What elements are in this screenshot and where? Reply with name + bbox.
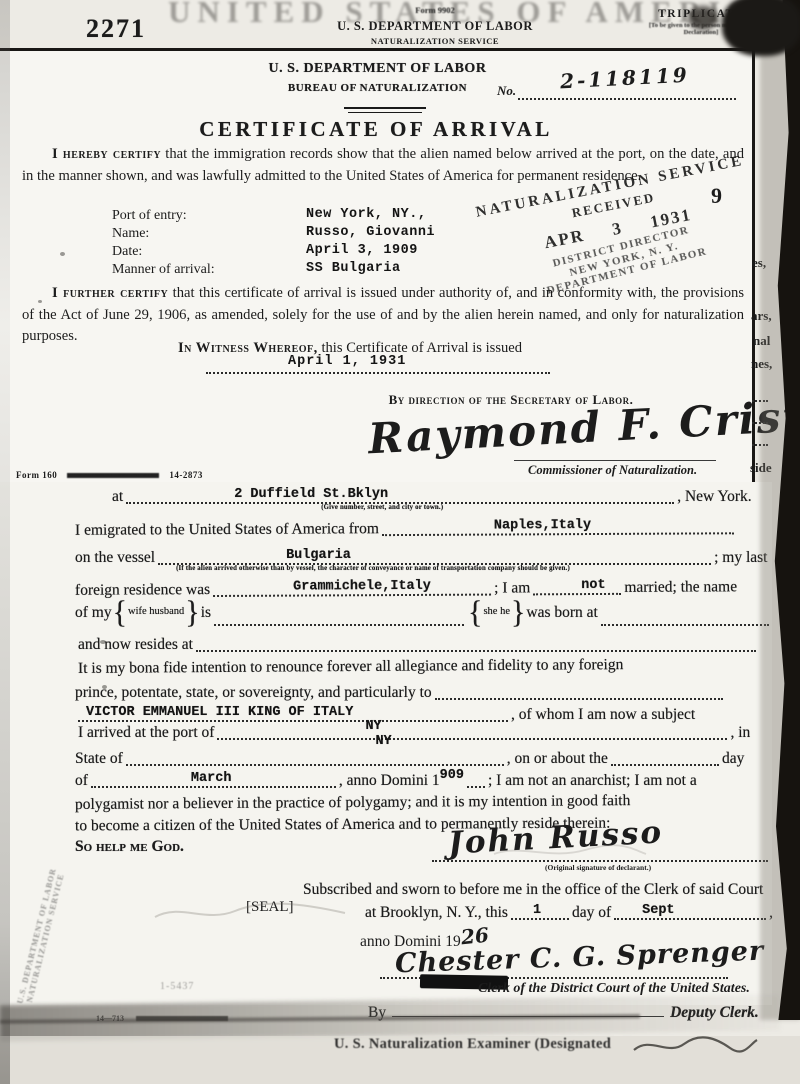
certify-lead-2: I further certify — [52, 285, 168, 301]
option-she: she — [483, 606, 497, 617]
certificate-department: U. S. DEPARTMENT OF LABOR — [205, 61, 550, 77]
so-help-text: So help me God. — [75, 838, 184, 856]
scan-ink-blob — [722, 0, 800, 56]
spouse-is: is — [201, 604, 211, 622]
married-typed-value: not — [581, 578, 605, 593]
residence-blank: Grammichele,Italy — [213, 580, 491, 597]
certificate-form-codes: Form 160 U S GOVERNMENT PRINTING OFFICE … — [16, 470, 203, 480]
port-blank: NY NY — [217, 724, 727, 740]
certificate-number-label: No. — [497, 83, 516, 99]
month-typed-value: March — [191, 771, 232, 786]
ink-speck — [60, 252, 65, 256]
polygamist-line: polygamist nor a believer in the practic… — [75, 790, 630, 814]
address-note: (Give number, street, and city or town.) — [321, 504, 443, 511]
scan-ink-blob — [688, 6, 718, 30]
ink-speck — [100, 640, 106, 644]
close-brace: } — [185, 603, 199, 624]
emigrated-text: I emigrated to the United States of Amer… — [75, 520, 379, 540]
seal-label: [SEAL] — [246, 899, 294, 916]
bona-fide-line-2: prince, potentate, state, or sovereignty… — [75, 682, 726, 702]
service-heading: NATURALIZATION SERVICE — [270, 35, 600, 48]
state-blank — [126, 750, 504, 766]
issue-date-value: April 1, 1931 — [288, 354, 406, 369]
vessel-line: on the vessel Bulgaria (If the alien arr… — [75, 547, 767, 567]
year-blank — [467, 772, 485, 788]
month-blank: March — [91, 772, 336, 788]
spouse-name-blank — [214, 610, 464, 626]
address-blank: 2 Duffield St.Bklyn (Give number, street… — [126, 488, 674, 504]
address-line: at 2 Duffield St.Bklyn (Give number, str… — [112, 486, 752, 506]
signature-rule — [514, 460, 716, 461]
sworn-mid: day of — [572, 904, 611, 922]
header-divider-thin — [348, 112, 422, 113]
sovereign-blank: VICTOR EMMANUEL III KING OF ITALY — [78, 706, 508, 722]
bona-fide-text-1: It is my bona fide intention to renounce… — [78, 656, 623, 678]
vessel-typed-value: Bulgaria — [286, 548, 351, 563]
certify-paragraph-2: I further certify that this certificate … — [22, 283, 744, 348]
she-he-options: she he — [483, 607, 510, 618]
born-at-text: was born at — [526, 604, 597, 622]
spouse-prefix: of my — [75, 604, 112, 622]
so-help-line: So help me God. — [75, 836, 184, 856]
emigrated-line: I emigrated to the United States of Amer… — [75, 516, 737, 539]
address-prefix: at — [112, 488, 123, 506]
resides-blank — [196, 636, 756, 652]
option-he: he — [500, 606, 510, 617]
residence-suffix: married; the name — [624, 578, 737, 597]
form-number: Form 9902 — [270, 4, 600, 17]
declarant-signature-line — [432, 860, 768, 862]
state-mid: , on or about the — [507, 750, 608, 768]
arrived-suffix: , in — [730, 724, 750, 742]
outer-page-header: Form 9902 U. S. DEPARTMENT OF LABOR NATU… — [270, 4, 600, 48]
field-label-manner: Manner of arrival: — [112, 262, 215, 278]
bona-fide-line-1: It is my bona fide intention to renounce… — [78, 654, 623, 678]
port-typed-bottom: NY — [375, 734, 391, 749]
sworn-text-1: Subscribed and sworn to before me in the… — [303, 881, 763, 899]
field-value-port: New York, NY., — [306, 207, 426, 222]
state-prefix: State of — [75, 750, 123, 768]
born-at-blank — [601, 610, 769, 626]
document-number: 2271 — [86, 14, 146, 44]
state-line: State of , on or about the day — [75, 748, 744, 768]
sworn-month-blank: Sept — [614, 904, 766, 920]
form-code: Form 160 — [16, 470, 57, 480]
department-heading: U. S. DEPARTMENT OF LABOR — [270, 20, 600, 33]
print-code: 14-2873 — [169, 470, 203, 480]
anarchist-suffix: ; I am not an anarchist; I am not a — [488, 772, 697, 790]
sworn-line-2: at Brooklyn, N. Y., this 1 day of Sept , — [365, 902, 773, 922]
of-prefix: of — [75, 772, 88, 790]
field-value-manner: SS Bulgaria — [306, 261, 401, 276]
vessel-prefix: on the vessel — [75, 549, 155, 567]
certify-lead-1: I hereby certify — [52, 146, 161, 162]
sovereign-blank-lead — [435, 684, 723, 700]
field-label-port: Port of entry: — [112, 208, 187, 224]
field-label-name: Name: — [112, 226, 149, 242]
anno-text: , anno Domini 1 — [339, 772, 440, 790]
certificate-number-line — [518, 98, 736, 100]
port-typed-top: NY — [365, 719, 381, 734]
sovereign-line: VICTOR EMMANUEL III KING OF ITALY , of w… — [78, 704, 695, 724]
open-brace: { — [113, 603, 127, 624]
spouse-line: of my { wife husband } is { she he } was… — [75, 598, 772, 628]
state-suffix: day — [722, 750, 744, 768]
print-office-microprint: U S GOVERNMENT PRINTING OFFICE — [67, 473, 159, 478]
married-blank: not — [533, 579, 621, 595]
left-scan-streak — [0, 0, 10, 1084]
emigrated-blank: Naples,Italy — [382, 518, 734, 536]
option-wife: wife — [128, 606, 147, 617]
field-label-date: Date: — [112, 244, 142, 260]
certificate-title: CERTIFICATE OF ARRIVAL — [0, 117, 752, 142]
bona-fide-text-2: prince, potentate, state, or sovereignty… — [75, 684, 432, 702]
close-brace: } — [511, 603, 525, 624]
month-year-line: of March , anno Domini 1 909 ; I am not … — [75, 770, 697, 790]
header-divider — [344, 107, 426, 109]
year-typed-value: 909 — [440, 768, 464, 783]
arrived-line: I arrived at the port of NY NY , in — [78, 722, 750, 742]
day-typed-value: 1 — [533, 903, 541, 918]
residence-line: foreign residence was Grammichele,Italy … — [75, 576, 737, 599]
stamp-margin-digit: 9 — [711, 183, 722, 209]
field-value-date: April 3, 1909 — [306, 243, 418, 258]
sovereign-typed-value: VICTOR EMMANUEL III KING OF ITALY — [86, 705, 353, 720]
scanned-certificate-of-arrival-document: UNITED STATES OF AMERICA 2271 Form 9902 … — [0, 0, 800, 1084]
commissioner-title: Commissioner of Naturalization. — [528, 463, 697, 478]
certificate-number-value: 2-118119 — [559, 63, 690, 94]
signature-note: (Original signature of declarant.) — [545, 863, 651, 872]
residence-typed-value: Grammichele,Italy — [293, 579, 431, 595]
address-suffix: , New York. — [677, 488, 752, 506]
option-husband: husband — [149, 606, 184, 617]
vessel-note: (If the alien arrived otherwise than by … — [176, 565, 570, 572]
day-blank — [611, 750, 719, 766]
field-value-name: Russo, Giovanni — [306, 225, 435, 240]
issue-date-line — [206, 372, 550, 374]
resides-text: and now resides at — [78, 636, 193, 654]
month2-typed-value: Sept — [642, 903, 674, 918]
resides-line: and now resides at — [78, 634, 759, 654]
emigrated-typed-value: Naples,Italy — [494, 518, 591, 534]
examiner-line: U. S. Naturalization Examiner (Designate… — [334, 1036, 611, 1053]
open-brace: { — [468, 603, 482, 624]
sworn-day-blank: 1 — [511, 904, 569, 920]
address-typed-value: 2 Duffield St.Bklyn — [234, 487, 388, 502]
sworn-line-1: Subscribed and sworn to before me in the… — [303, 879, 763, 899]
faint-margin-code: 1-5437 — [160, 981, 194, 992]
sworn-prefix: at Brooklyn, N. Y., this — [365, 904, 508, 922]
ink-speck — [38, 300, 42, 303]
vessel-blank: Bulgaria (If the alien arrived otherwise… — [158, 549, 711, 565]
wife-husband-options: wife husband — [128, 607, 184, 618]
arrived-prefix: I arrived at the port of — [78, 724, 214, 742]
ink-speck — [102, 685, 107, 689]
